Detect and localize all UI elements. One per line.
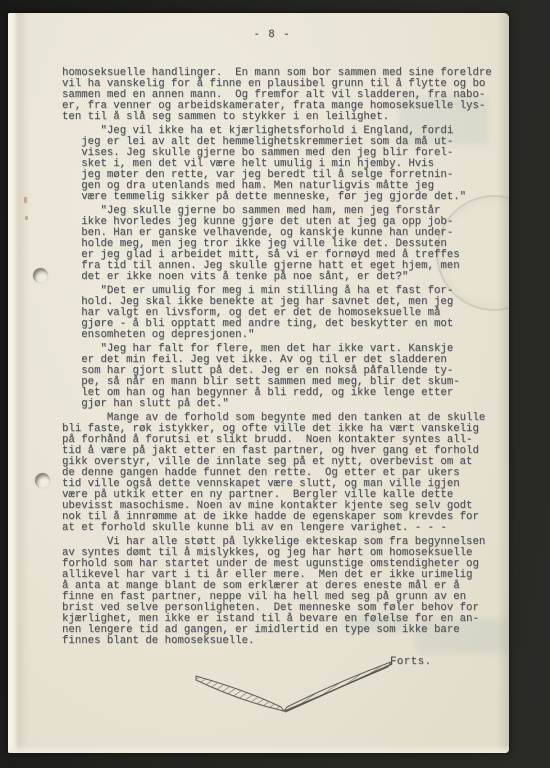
- checkmark-wings-drawing: [190, 659, 402, 721]
- hole-punch-bottom: [35, 473, 50, 488]
- page-edge-bottom: [8, 745, 509, 753]
- typed-text-block: homoseksuelle handlinger. En mann som bo…: [62, 68, 509, 650]
- scanned-page: - 8 - homoseksuelle handlinger. En mann …: [8, 13, 509, 753]
- chord-stroke: [285, 664, 392, 712]
- quote-paragraph: "Jeg skulle gjerne bo sammen med ham, me…: [62, 206, 509, 283]
- page-number: - 8 -: [62, 29, 482, 41]
- body-paragraph: Vi har alle støtt på lykkelige ekteskap …: [62, 537, 509, 647]
- paragraph-continuation: homoseksuelle handlinger. En mann som bo…: [62, 68, 509, 123]
- quote-paragraph: "Det er umulig for meg i min stilling å …: [62, 286, 509, 341]
- left-wing-shape: [196, 676, 284, 711]
- margin-speck: [25, 216, 28, 220]
- right-wing-shape: [284, 662, 391, 711]
- margin-speck: [24, 197, 27, 203]
- hole-punch-top: [33, 268, 48, 283]
- page-edge-left: [8, 13, 30, 753]
- body-paragraph: Mange av de forhold som begynte med den …: [62, 413, 509, 534]
- quote-paragraph: "Jeg har falt for flere, men det har ikk…: [62, 344, 509, 410]
- quote-paragraph: "Jeg vil ikke ha et kjærlighetsforhold i…: [62, 126, 509, 203]
